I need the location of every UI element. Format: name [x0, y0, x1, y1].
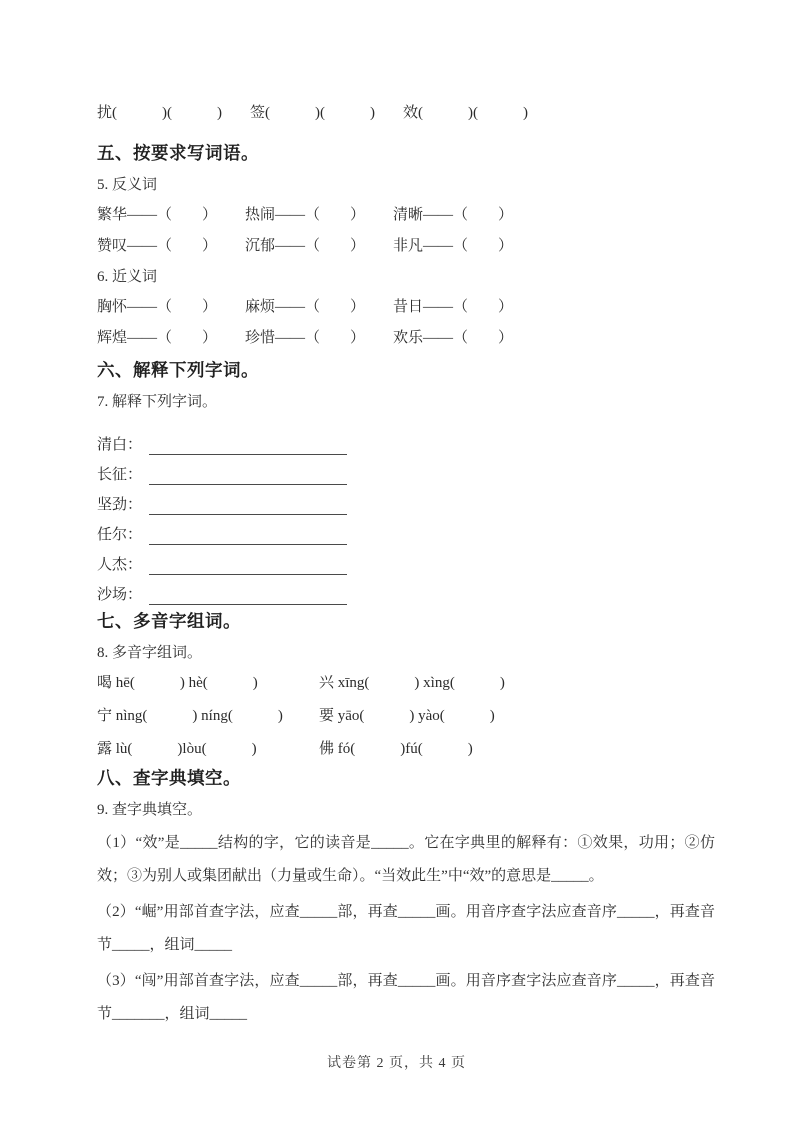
section-heading-6: 六、解释下列字词。 — [97, 358, 715, 382]
dictionary-question-1: （1）“效”是_____结构的字，它的读音是_____。它在字典里的解释有：①效… — [97, 827, 715, 893]
word-formation-cell: 效( )( ) — [403, 103, 528, 123]
definition-term: 沙场： — [97, 585, 142, 605]
synonym-cell: 辉煌——（ ） — [97, 327, 245, 349]
antonym-cell: 清晰——（ ） — [393, 204, 513, 226]
page-footer: 试卷第 2 页，共 4 页 — [0, 1052, 793, 1072]
definition-blank — [149, 438, 347, 455]
definition-term: 清白： — [97, 435, 142, 455]
definition-list: 清白： 长征： 坚劲： 任尔： 人杰： 沙场： — [97, 425, 715, 605]
polyphone-cell: 宁 nìng( ) níng( ) — [97, 705, 319, 727]
definition-row: 任尔： — [97, 515, 715, 545]
polyphone-row: 宁 nìng( ) níng( ) 要 yāo( ) yào( ) — [97, 705, 715, 727]
definition-term: 任尔： — [97, 525, 142, 545]
synonym-cell: 珍惜——（ ） — [245, 327, 393, 349]
definition-blank — [149, 468, 347, 485]
word-formation-cell: 签( )( ) — [250, 103, 375, 123]
word-formation-row: 扰( )( ) 签( )( ) 效( )( ) — [97, 103, 715, 123]
section-heading-7: 七、多音字组词。 — [97, 609, 715, 633]
definition-row: 清白： — [97, 425, 715, 455]
definition-row: 坚劲： — [97, 485, 715, 515]
antonym-cell: 非凡——（ ） — [393, 235, 513, 257]
definition-blank — [149, 528, 347, 545]
worksheet-content: 扰( )( ) 签( )( ) 效( )( ) 五、按要求写词语。 5. 反义词… — [97, 103, 715, 1031]
worksheet-page: 扰( )( ) 签( )( ) 效( )( ) 五、按要求写词语。 5. 反义词… — [0, 0, 793, 1122]
antonym-row: 赞叹——（ ） 沉郁——（ ） 非凡——（ ） — [97, 235, 715, 257]
synonym-cell: 胸怀——（ ） — [97, 296, 245, 318]
question-9-label: 9. 查字典填空。 — [97, 800, 715, 820]
antonym-cell: 沉郁——（ ） — [245, 235, 393, 257]
definition-blank — [149, 498, 347, 515]
definition-row: 长征： — [97, 455, 715, 485]
polyphone-cell: 佛 fó( )fú( ) — [319, 738, 473, 760]
section-heading-5: 五、按要求写词语。 — [97, 141, 715, 165]
definition-blank — [149, 558, 347, 575]
dictionary-question-2: （2）“崛”用部首查字法，应查_____部，再查_____画。用音序查字法应查音… — [97, 896, 715, 962]
antonym-cell: 繁华——（ ） — [97, 204, 245, 226]
question-7-label: 7. 解释下列字词。 — [97, 392, 715, 412]
definition-row: 沙场： — [97, 575, 715, 605]
polyphone-row: 露 lù( )lòu( ) 佛 fó( )fú( ) — [97, 738, 715, 760]
definition-term: 人杰： — [97, 555, 142, 575]
antonym-cell: 热闹——（ ） — [245, 204, 393, 226]
synonym-row: 胸怀——（ ） 麻烦——（ ） 昔日——（ ） — [97, 296, 715, 318]
definition-blank — [149, 588, 347, 605]
polyphone-cell: 兴 xīng( ) xìng( ) — [319, 672, 505, 694]
question-8-label: 8. 多音字组词。 — [97, 643, 715, 663]
polyphone-row: 喝 hē( ) hè( ) 兴 xīng( ) xìng( ) — [97, 672, 715, 694]
polyphone-cell: 要 yāo( ) yào( ) — [319, 705, 495, 727]
antonym-cell: 赞叹——（ ） — [97, 235, 245, 257]
dictionary-question-3: （3）“闯”用部首查字法，应查_____部，再查_____画。用音序查字法应查音… — [97, 965, 715, 1031]
synonym-row: 辉煌——（ ） 珍惜——（ ） 欢乐——（ ） — [97, 327, 715, 349]
question-5-label: 5. 反义词 — [97, 175, 715, 195]
synonym-cell: 昔日——（ ） — [393, 296, 513, 318]
definition-term: 坚劲： — [97, 495, 142, 515]
synonym-cell: 麻烦——（ ） — [245, 296, 393, 318]
polyphone-cell: 喝 hē( ) hè( ) — [97, 672, 319, 694]
synonym-cell: 欢乐——（ ） — [393, 327, 513, 349]
question-6-label: 6. 近义词 — [97, 267, 715, 287]
section-heading-8: 八、查字典填空。 — [97, 766, 715, 790]
definition-term: 长征： — [97, 465, 142, 485]
definition-row: 人杰： — [97, 545, 715, 575]
antonym-row: 繁华——（ ） 热闹——（ ） 清晰——（ ） — [97, 204, 715, 226]
polyphone-cell: 露 lù( )lòu( ) — [97, 738, 319, 760]
word-formation-cell: 扰( )( ) — [97, 103, 222, 123]
